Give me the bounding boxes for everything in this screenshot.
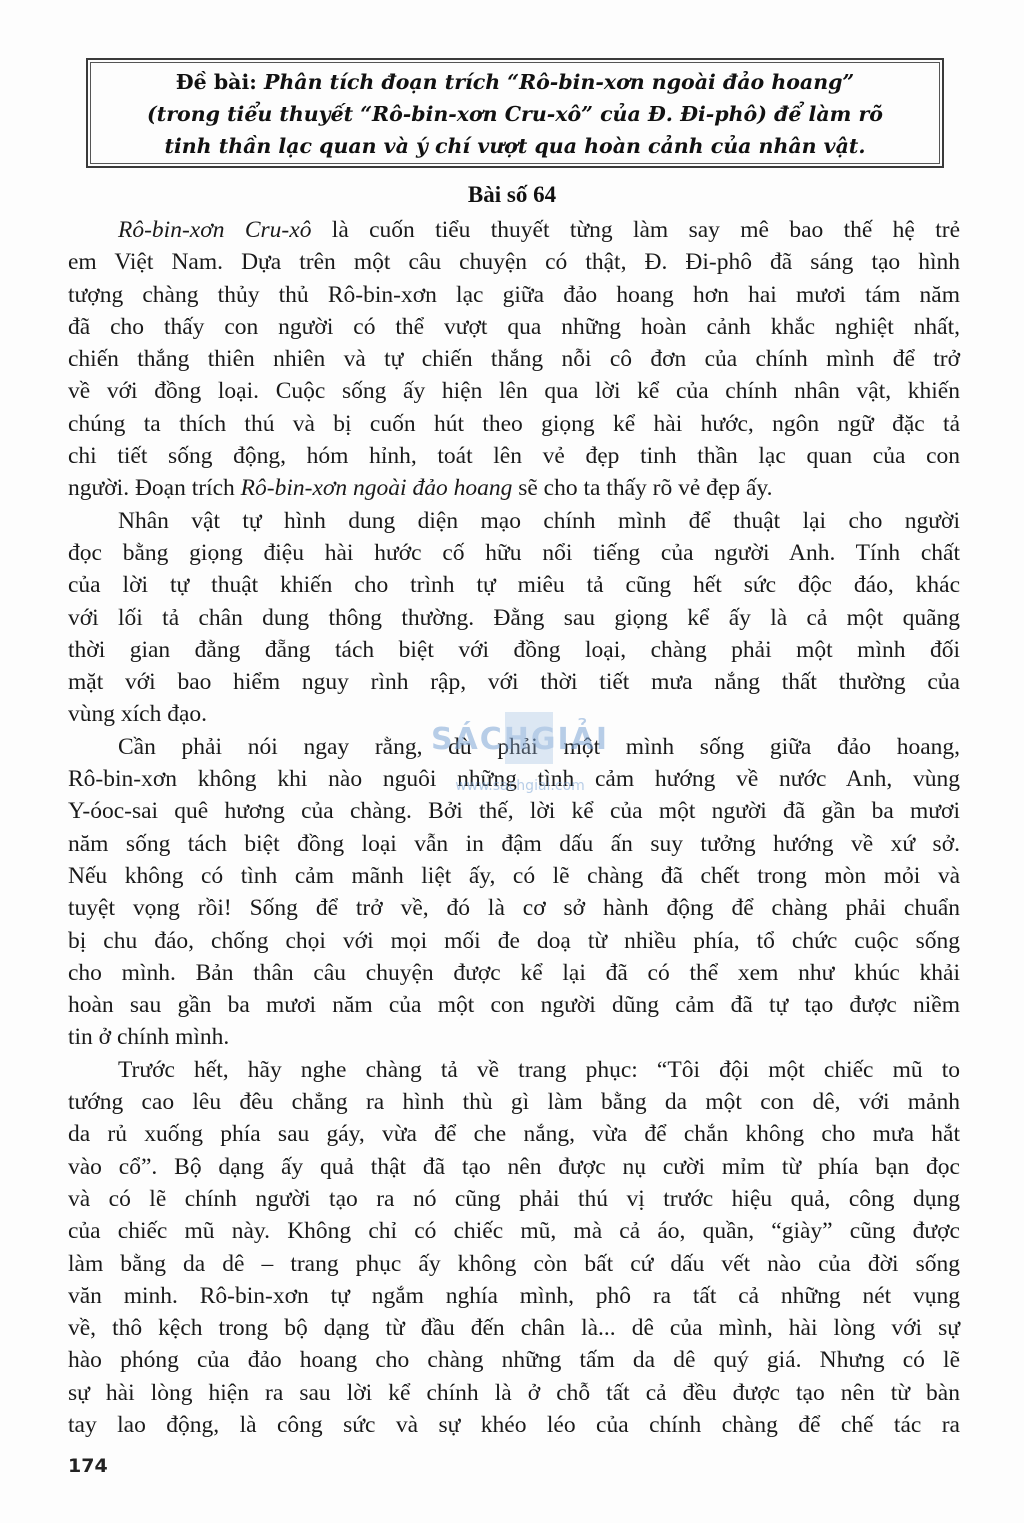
text-line: đọc bằng giọng điệu hài hước cố hữu nổi … <box>68 537 960 569</box>
text-run: vào cổ”. Bộ dạng ấy quả thật đã tạo nên … <box>68 1154 960 1180</box>
text-line: tin ở chính mình. <box>68 1021 960 1053</box>
paragraph: Cần phải nói ngay rằng, dù phải một mình… <box>68 731 960 1054</box>
text-run: Nhân vật tự hình dung diện mạo chính mìn… <box>118 508 960 534</box>
text-line: văn minh. Rô-bin-xơn tự ngắm nghía mình,… <box>68 1280 960 1312</box>
paragraph: Trước hết, hãy nghe chàng tả về trang ph… <box>68 1054 960 1442</box>
text-run: thời gian đằng đẵng tách biệt với đồng l… <box>68 637 960 663</box>
text-run: Nếu không có tình cảm mãnh liệt ấy, có l… <box>68 863 960 889</box>
text-run: tuyệt vọng rồi! Sống để trở về, đó là cơ… <box>68 895 960 921</box>
text-run: tượng chàng thủy thủ Rô-bin-xơn lạc giữa… <box>68 282 960 308</box>
text-line: vào cổ”. Bộ dạng ấy quả thật đã tạo nên … <box>68 1151 960 1183</box>
text-run: Cần phải nói ngay rằng, dù phải một mình… <box>118 734 960 760</box>
text-run: năm sống tách biệt đồng loại vẫn in đậm … <box>68 831 960 857</box>
text-line: chúng ta thích thú và bị cuốn hút theo g… <box>68 408 960 440</box>
text-line: với lối tả chân dung thông thường. Đằng … <box>68 602 960 634</box>
text-run: sự hài lòng hiện ra sau lời kể chính là … <box>68 1380 960 1406</box>
text-run: sẽ cho ta thấy rõ vẻ đẹp ấy. <box>512 475 772 501</box>
text-run: tướng cao lêu đêu chẳng ra hình thù gì l… <box>68 1089 960 1115</box>
text-run: tin ở chính mình. <box>68 1024 229 1050</box>
text-run: chúng ta thích thú và bị cuốn hút theo g… <box>68 411 960 437</box>
text-line: vùng xích đạo. <box>68 698 960 730</box>
text-run: với lối tả chân dung thông thường. Đằng … <box>68 605 960 631</box>
essay-body: Rô-bin-xơn Cru-xô là cuốn tiểu thuyết từ… <box>68 214 960 1441</box>
text-run: về với đồng loại. Cuộc sống ấy hiện lên … <box>68 378 960 404</box>
text-line: thời gian đằng đẵng tách biệt với đồng l… <box>68 634 960 666</box>
text-run: của lời tự thuật khiến cho trình tự miêu… <box>68 572 960 598</box>
text-line: tượng chàng thủy thủ Rô-bin-xơn lạc giữa… <box>68 279 960 311</box>
text-line: hào phóng của đảo hoang cho chàng những … <box>68 1344 960 1376</box>
text-run: làm bằng da dê – trang phục ấy không còn… <box>68 1251 960 1277</box>
text-line: chi tiết sống động, hóm hỉnh, toát lên v… <box>68 440 960 472</box>
text-run: người. Đoạn trích <box>68 475 241 501</box>
italic-title: Rô-bin-xơn ngoài đảo hoang <box>241 475 513 501</box>
text-line: của chiếc mũ này. Không chỉ có chiếc mũ,… <box>68 1215 960 1247</box>
text-run: là cuốn tiểu thuyết từng làm say mê bao … <box>311 217 960 243</box>
italic-title: Rô-bin-xơn Cru-xô <box>118 217 311 243</box>
assignment-prompt-box: Đề bài: Phân tích đoạn trích “Rô-bin-xơn… <box>86 58 944 168</box>
text-run: da rủ xuống phía sau gáy, vừa để che nắn… <box>68 1121 960 1147</box>
text-line: người. Đoạn trích Rô-bin-xơn ngoài đảo h… <box>68 472 960 504</box>
text-run: của chiếc mũ này. Không chỉ có chiếc mũ,… <box>68 1218 960 1244</box>
text-run: và có lẽ chính người tạo ra nó cũng phải… <box>68 1186 960 1212</box>
page-number: 174 <box>68 1455 108 1477</box>
text-run: cho mình. Bản thân câu chuyện được kể lạ… <box>68 960 960 986</box>
text-line: làm bằng da dê – trang phục ấy không còn… <box>68 1248 960 1280</box>
text-line: mặt với bao hiểm nguy rình rập, với thời… <box>68 666 960 698</box>
text-run: Trước hết, hãy nghe chàng tả về trang ph… <box>118 1057 960 1083</box>
text-line: sự hài lòng hiện ra sau lời kể chính là … <box>68 1377 960 1409</box>
text-run: hào phóng của đảo hoang cho chàng những … <box>68 1347 960 1373</box>
paragraph: Nhân vật tự hình dung diện mạo chính mìn… <box>68 505 960 731</box>
text-run: hoàn sau gần ba mươi năm của một con ngư… <box>68 992 960 1018</box>
text-line: Rô-bin-xơn không khi nào nguôi những tìn… <box>68 763 960 795</box>
text-line: em Việt Nam. Dựa trên một câu chuyện có … <box>68 246 960 278</box>
text-line: và có lẽ chính người tạo ra nó cũng phải… <box>68 1183 960 1215</box>
text-run: đọc bằng giọng điệu hài hước cố hữu nổi … <box>68 540 960 566</box>
text-run: văn minh. Rô-bin-xơn tự ngắm nghía mình,… <box>68 1283 960 1309</box>
paragraph: Rô-bin-xơn Cru-xô là cuốn tiểu thuyết từ… <box>68 214 960 505</box>
text-run: tay lao động, là công sức và sự khéo léo… <box>68 1412 960 1438</box>
assignment-line-1: Đề bài: Phân tích đoạn trích “Rô-bin-xơn… <box>98 66 932 98</box>
text-run: Y-óoc-sai quê hương của chàng. Bởi thế, … <box>68 798 960 824</box>
assignment-text: Phân tích đoạn trích “Rô-bin-xơn ngoài đ… <box>264 70 854 94</box>
book-page: Đề bài: Phân tích đoạn trích “Rô-bin-xơn… <box>0 0 1024 1523</box>
text-run: về, thô kệch trong bộ dạng từ đầu đến ch… <box>68 1315 960 1341</box>
text-line: Rô-bin-xơn Cru-xô là cuốn tiểu thuyết từ… <box>68 214 960 246</box>
text-run: mặt với bao hiểm nguy rình rập, với thời… <box>68 669 960 695</box>
text-line: tướng cao lêu đêu chẳng ra hình thù gì l… <box>68 1086 960 1118</box>
assignment-label: Đề bài: <box>176 70 257 94</box>
section-title: Bài số 64 <box>0 180 1024 210</box>
text-line: năm sống tách biệt đồng loại vẫn in đậm … <box>68 828 960 860</box>
text-run: bị chu đáo, chống chọi với mọi mối đe do… <box>68 928 960 954</box>
text-line: cho mình. Bản thân câu chuyện được kể lạ… <box>68 957 960 989</box>
text-line: Nếu không có tình cảm mãnh liệt ấy, có l… <box>68 860 960 892</box>
text-line: Cần phải nói ngay rằng, dù phải một mình… <box>68 731 960 763</box>
assignment-line-2: (trong tiểu thuyết “Rô-bin-xơn Cru-xô” c… <box>98 98 932 130</box>
text-line: tay lao động, là công sức và sự khéo léo… <box>68 1409 960 1441</box>
text-line: da rủ xuống phía sau gáy, vừa để che nắn… <box>68 1118 960 1150</box>
text-run: chiến thắng thiên nhiên và tự chiến thắn… <box>68 346 960 372</box>
text-line: của lời tự thuật khiến cho trình tự miêu… <box>68 569 960 601</box>
text-run: chi tiết sống động, hóm hỉnh, toát lên v… <box>68 443 960 469</box>
text-line: Y-óoc-sai quê hương của chàng. Bởi thế, … <box>68 795 960 827</box>
text-line: về, thô kệch trong bộ dạng từ đầu đến ch… <box>68 1312 960 1344</box>
text-line: hoàn sau gần ba mươi năm của một con ngư… <box>68 989 960 1021</box>
text-line: Nhân vật tự hình dung diện mạo chính mìn… <box>68 505 960 537</box>
text-line: về với đồng loại. Cuộc sống ấy hiện lên … <box>68 375 960 407</box>
text-run: đã cho thấy con người có thể vượt qua nh… <box>68 314 960 340</box>
assignment-line-3: tinh thần lạc quan và ý chí vượt qua hoà… <box>98 130 932 162</box>
text-line: đã cho thấy con người có thể vượt qua nh… <box>68 311 960 343</box>
text-run: vùng xích đạo. <box>68 701 207 727</box>
text-line: Trước hết, hãy nghe chàng tả về trang ph… <box>68 1054 960 1086</box>
text-run: em Việt Nam. Dựa trên một câu chuyện có … <box>68 249 960 275</box>
text-line: chiến thắng thiên nhiên và tự chiến thắn… <box>68 343 960 375</box>
text-line: bị chu đáo, chống chọi với mọi mối đe do… <box>68 925 960 957</box>
text-line: tuyệt vọng rồi! Sống để trở về, đó là cơ… <box>68 892 960 924</box>
text-run: Rô-bin-xơn không khi nào nguôi những tìn… <box>68 766 960 792</box>
